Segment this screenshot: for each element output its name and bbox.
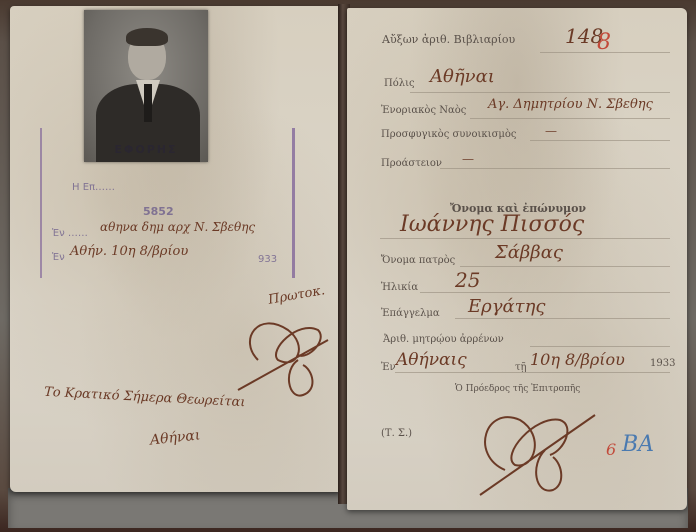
serial-label: Αὔξων ἀριθ. Βιβλιαρίου bbox=[382, 33, 515, 46]
field-city-value: Αθῆναι bbox=[430, 66, 495, 87]
date-prefix: Ἐν bbox=[381, 362, 396, 373]
blue-pencil-mark: ΒΑ bbox=[622, 432, 654, 457]
father-name-label: Ὄνομα πατρὸς bbox=[381, 255, 455, 266]
stamp-year: 933 bbox=[258, 254, 277, 265]
occupation-label: Ἐπάγγελμα bbox=[381, 308, 440, 319]
registry-number-label: Ἀριθ. μητρῴου ἀρρένων bbox=[383, 334, 504, 345]
stamp-line-3-label: Ἐν …… bbox=[52, 228, 88, 239]
field-city-label: Πόλις bbox=[384, 78, 415, 89]
red-pencil-mark: 6 bbox=[606, 440, 616, 459]
field-suburb-label: Προάστειον bbox=[381, 158, 442, 169]
field-suburb-value: — bbox=[462, 152, 474, 166]
stamp-line-4-label: Ἐν bbox=[52, 252, 65, 263]
field-refugee-label: Προσφυγικὸς συνοικισμὸς bbox=[381, 129, 517, 140]
full-name-value: Ιωάννης Πισσός bbox=[400, 212, 584, 237]
stamp-line-3-handwriting: αθηνα δημ αρχ Ν. Σβεθης bbox=[100, 220, 255, 234]
stamp-number: 5852 bbox=[143, 205, 174, 218]
field-parish-value: Αγ. Δημητρίου Ν. Σβεθης bbox=[488, 97, 653, 112]
date-year: 1933 bbox=[650, 358, 675, 369]
field-refugee-value: — bbox=[545, 124, 557, 138]
age-value: 25 bbox=[455, 268, 480, 292]
seal-label: (Τ. Σ.) bbox=[381, 428, 412, 439]
date-value: 10η 8/βρίου bbox=[530, 350, 625, 369]
occupation-value: Εργάτης bbox=[468, 296, 545, 317]
stamp-line-4-handwriting: Αθήν. 10η 8/βρίου bbox=[70, 244, 188, 259]
age-label: Ἡλικία bbox=[381, 282, 418, 293]
father-name-value: Σάββας bbox=[495, 242, 563, 263]
left-signature bbox=[228, 300, 348, 410]
field-parish-label: Ἐνοριακὸς Ναὸς bbox=[381, 105, 466, 116]
stamp-line-1: Η Επ…… bbox=[72, 182, 115, 193]
date-place: Αθήναις bbox=[396, 350, 467, 370]
signatory-title: Ὁ Πρόεδρος τῆς Ἐπιτροπῆς bbox=[455, 384, 580, 394]
right-signature bbox=[465, 395, 625, 505]
